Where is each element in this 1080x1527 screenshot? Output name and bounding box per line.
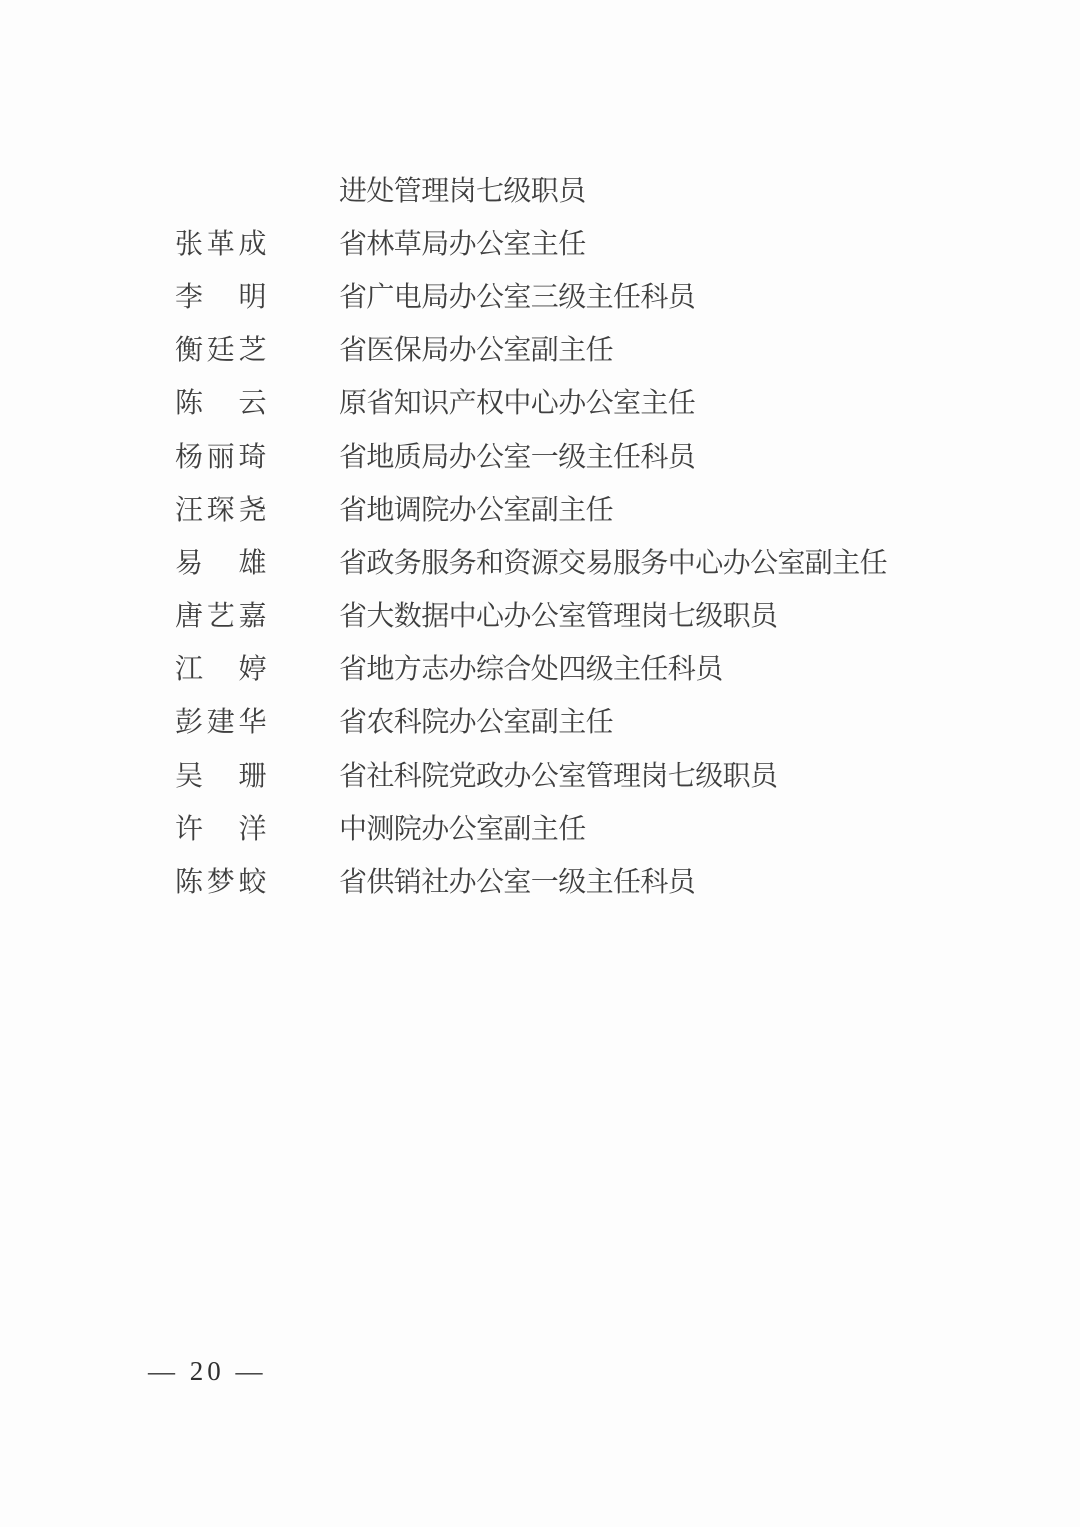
document-page: 进处管理岗七级职员 张革成 省林草局办公室主任 李 明 省广电局办公室三级主任科… xyxy=(0,0,1080,1527)
person-position: 原省知识产权中心办公室主任 xyxy=(339,381,695,421)
person-position: 省地调院办公室副主任 xyxy=(339,488,613,528)
list-item: 衡廷芝 省医保局办公室副主任 xyxy=(0,322,1080,375)
person-name: 江 婷 xyxy=(175,647,267,687)
list-item: 陈梦蛟 省供销社办公室一级主任科员 xyxy=(0,853,1080,906)
list-item: 吴 珊 省社科院党政办公室管理岗七级职员 xyxy=(0,747,1080,800)
list-item: 李 明 省广电局办公室三级主任科员 xyxy=(0,268,1080,321)
page-number: — 20 — xyxy=(148,1356,267,1387)
person-position: 中测院办公室副主任 xyxy=(339,807,586,847)
person-name: 张革成 xyxy=(175,222,267,262)
list-item: 汪琛尧 省地调院办公室副主任 xyxy=(0,481,1080,534)
list-item: 进处管理岗七级职员 xyxy=(0,162,1080,215)
list-item: 易 雄 省政务服务和资源交易服务中心办公室副主任 xyxy=(0,534,1080,587)
person-position: 省供销社办公室一级主任科员 xyxy=(339,860,695,900)
person-position: 省广电局办公室三级主任科员 xyxy=(339,275,695,315)
person-position: 省林草局办公室主任 xyxy=(339,222,586,262)
list-item: 陈 云 原省知识产权中心办公室主任 xyxy=(0,375,1080,428)
person-position: 省医保局办公室副主任 xyxy=(339,328,613,368)
person-position: 省大数据中心办公室管理岗七级职员 xyxy=(339,594,777,634)
person-name: 陈 云 xyxy=(175,381,267,421)
person-name: 彭建华 xyxy=(175,700,267,740)
person-name: 唐艺嘉 xyxy=(175,594,267,634)
appointment-list: 进处管理岗七级职员 张革成 省林草局办公室主任 李 明 省广电局办公室三级主任科… xyxy=(0,162,1080,907)
person-name: 吴 珊 xyxy=(175,754,267,794)
person-name: 陈梦蛟 xyxy=(175,860,267,900)
list-item: 江 婷 省地方志办综合处四级主任科员 xyxy=(0,641,1080,694)
person-name: 杨丽琦 xyxy=(175,435,267,475)
person-position: 省地质局办公室一级主任科员 xyxy=(339,435,695,475)
person-position: 省农科院办公室副主任 xyxy=(339,700,613,740)
list-item: 杨丽琦 省地质局办公室一级主任科员 xyxy=(0,428,1080,481)
person-name: 许 洋 xyxy=(175,807,267,847)
person-position: 省社科院党政办公室管理岗七级职员 xyxy=(339,754,777,794)
list-item: 许 洋 中测院办公室副主任 xyxy=(0,800,1080,853)
person-name: 汪琛尧 xyxy=(175,488,267,528)
person-position: 省地方志办综合处四级主任科员 xyxy=(339,647,723,687)
list-item: 张革成 省林草局办公室主任 xyxy=(0,215,1080,268)
person-name: 李 明 xyxy=(175,275,267,315)
list-item: 彭建华 省农科院办公室副主任 xyxy=(0,694,1080,747)
list-item: 唐艺嘉 省大数据中心办公室管理岗七级职员 xyxy=(0,588,1080,641)
person-position: 省政务服务和资源交易服务中心办公室副主任 xyxy=(339,541,887,581)
person-name: 衡廷芝 xyxy=(175,328,267,368)
person-position: 进处管理岗七级职员 xyxy=(339,169,586,209)
person-name: 易 雄 xyxy=(175,541,267,581)
